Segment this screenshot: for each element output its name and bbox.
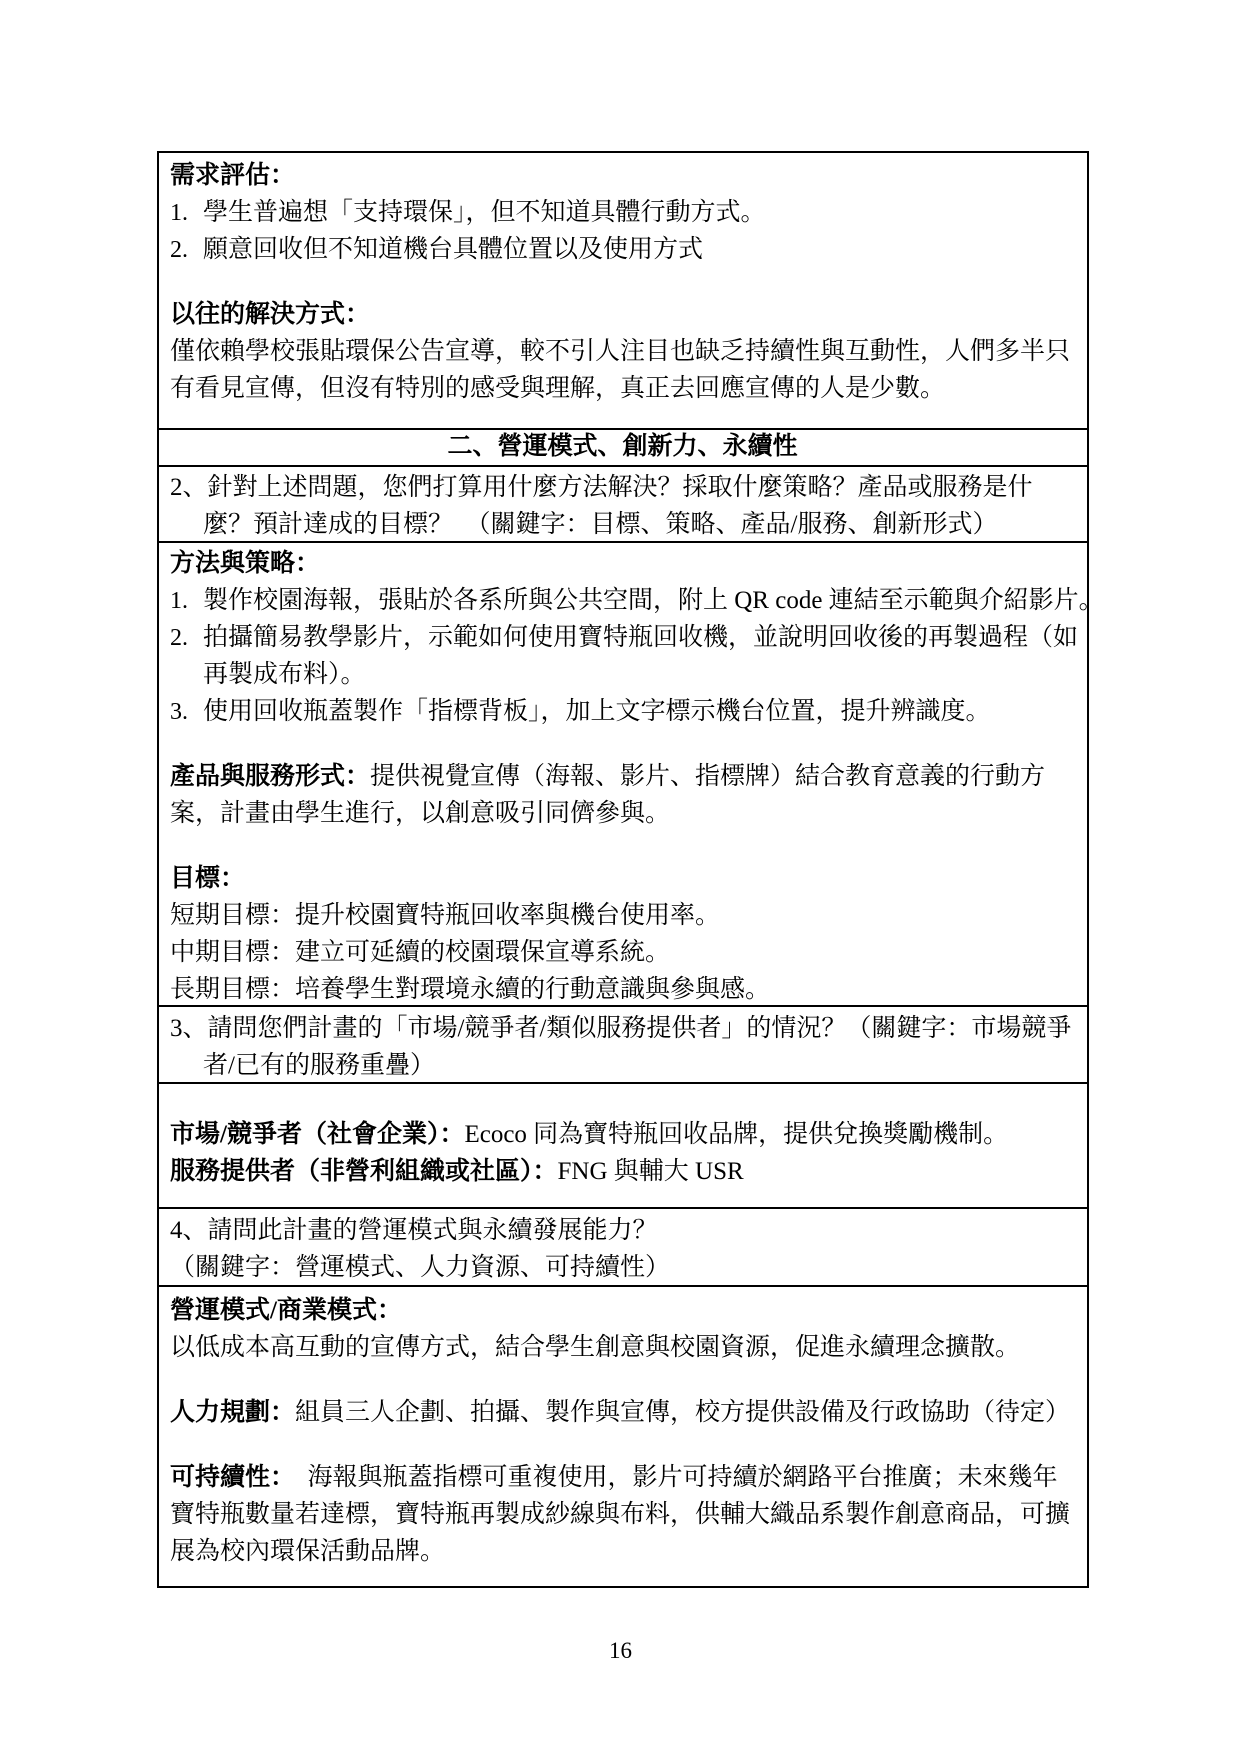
page-number: 16	[0, 1638, 1241, 1664]
text-line: 目標：	[170, 860, 1075, 897]
bold-label: 產品與服務形式：	[170, 763, 370, 790]
row-question-4: 4、請問此計畫的營運模式與永續發展能力？（關鍵字：營運模式、人力資源、可持續性）	[159, 1209, 1087, 1287]
text-line: 需求評估：	[170, 157, 1075, 194]
text-line: 市場/競爭者（社會企業）：Ecoco 同為寶特瓶回收品牌，提供兌換獎勵機制。	[170, 1116, 1075, 1153]
section-title: 二、營運模式、創新力、永續性	[447, 433, 797, 460]
text-line: 短期目標：提升校園寶特瓶回收率與機台使用率。	[170, 897, 1075, 934]
text-run: 以低成本高互動的宣傳方式，結合學生創意與校園資源，促進永續理念擴散。	[170, 1334, 1020, 1361]
text-run: 寶特瓶數量若達標，寶特瓶再製成紗線與布料，供輔大織品系製作創意商品，可擴	[170, 1501, 1070, 1528]
text-run: 有看見宣傳，但沒有特別的感受與理解，真正去回應宣傳的人是少數。	[170, 375, 945, 402]
text-line: 有看見宣傳，但沒有特別的感受與理解，真正去回應宣傳的人是少數。	[170, 370, 1075, 407]
text-line: 4、請問此計畫的營運模式與永續發展能力？	[170, 1212, 1075, 1249]
row-operations-sustainability: 營運模式/商業模式：以低成本高互動的宣傳方式，結合學生創意與校園資源，促進永續理…	[159, 1287, 1087, 1586]
text-line: 僅依賴學校張貼環保公告宣導，較不引人注目也缺乏持續性與互動性，人們多半只	[170, 333, 1075, 370]
list-number: 1.	[170, 195, 203, 232]
bold-label: 方法與策略：	[170, 550, 320, 577]
text-line: 方法與策略：	[170, 545, 1075, 582]
text-run: 2、針對上述問題，您們打算用什麼方法解決？採取什麼策略？產品或服務是什	[170, 474, 1033, 501]
text-line: 案，計畫由學生進行，以創意吸引同儕參與。	[170, 795, 1075, 832]
text-line: 2.願意回收但不知道機台具體位置以及使用方式	[170, 231, 1075, 268]
row-needs-assessment: 需求評估：1.學生普遍想「支持環保」，但不知道具體行動方式。2.願意回收但不知道…	[159, 153, 1087, 430]
text-line: 長期目標：培養學生對環境永續的行動意識與參與感。	[170, 971, 1075, 1007]
text-run: 長期目標：培養學生對環境永續的行動意識與參與感。	[170, 976, 770, 1003]
text-line: 中期目標：建立可延續的校園環保宣導系統。	[170, 934, 1075, 971]
text-run: 使用回收瓶蓋製作「指標背板」，加上文字標示機台位置，提升辨識度。	[203, 698, 991, 725]
text-run: （關鍵字：營運模式、人力資源、可持續性）	[170, 1254, 670, 1281]
text-line: 產品與服務形式：提供視覺宣傳（海報、影片、指標牌）結合教育意義的行動方	[170, 758, 1075, 795]
text-line: 1.學生普遍想「支持環保」，但不知道具體行動方式。	[170, 194, 1075, 231]
text-line: 麼？預計達成的目標？ （關鍵字：目標、策略、產品/服務、創新形式）	[170, 506, 1075, 543]
text-line: （關鍵字：營運模式、人力資源、可持續性）	[170, 1249, 1075, 1286]
text-run: 短期目標：提升校園寶特瓶回收率與機台使用率。	[170, 902, 720, 929]
row-market-competitors: 市場/競爭者（社會企業）：Ecoco 同為寶特瓶回收品牌，提供兌換獎勵機制。服務…	[159, 1084, 1087, 1209]
text-run: 麼？預計達成的目標？ （關鍵字：目標、策略、產品/服務、創新形式）	[203, 511, 997, 538]
list-number: 2.	[170, 232, 203, 269]
text-run: 製作校園海報，張貼於各系所與公共空間，附上 QR code 連結至示範與介紹影片…	[203, 587, 1087, 614]
blank-line	[170, 730, 1075, 758]
text-run: Ecoco 同為寶特瓶回收品牌，提供兌換獎勵機制。	[464, 1121, 1008, 1148]
text-line: 以低成本高互動的宣傳方式，結合學生創意與校園資源，促進永續理念擴散。	[170, 1329, 1075, 1366]
text-line: 3、請問您們計畫的「市場/競爭者/類似服務提供者」的情況？（關鍵字：市場競爭	[170, 1010, 1075, 1047]
text-run: 中期目標：建立可延續的校園環保宣導系統。	[170, 939, 670, 966]
row-question-3: 3、請問您們計畫的「市場/競爭者/類似服務提供者」的情況？（關鍵字：市場競爭者/…	[159, 1007, 1087, 1084]
text-line: 1.製作校園海報，張貼於各系所與公共空間，附上 QR code 連結至示範與介紹…	[170, 582, 1075, 619]
form-table: 需求評估：1.學生普遍想「支持環保」，但不知道具體行動方式。2.願意回收但不知道…	[157, 151, 1089, 1588]
bold-label: 以往的解決方式：	[170, 301, 370, 328]
blank-line	[170, 1431, 1075, 1459]
text-line: 2.拍攝簡易教學影片，示範如何使用寶特瓶回收機，並說明回收後的再製過程（如	[170, 619, 1075, 656]
row-section-header: 二、營運模式、創新力、永續性	[159, 430, 1087, 467]
text-line: 人力規劃：組員三人企劃、拍攝、製作與宣傳，校方提供設備及行政協助（待定）	[170, 1394, 1075, 1431]
bold-label: 市場/競爭者（社會企業）：	[170, 1121, 464, 1148]
blank-line	[170, 268, 1075, 296]
document-page: { "page": { "number": "16", "background"…	[0, 0, 1241, 1755]
text-run: 僅依賴學校張貼環保公告宣導，較不引人注目也缺乏持續性與互動性，人們多半只	[170, 338, 1070, 365]
bold-label: 服務提供者（非營利組織或社區）：	[170, 1158, 558, 1185]
bold-label: 可持續性：	[170, 1464, 283, 1491]
blank-line	[170, 832, 1075, 860]
text-run: 願意回收但不知道機台具體位置以及使用方式	[203, 236, 703, 263]
list-number: 3.	[170, 694, 203, 731]
row-methods-goals: 方法與策略：1.製作校園海報，張貼於各系所與公共空間，附上 QR code 連結…	[159, 543, 1087, 1007]
bold-label: 目標：	[170, 865, 245, 892]
bold-label: 人力規劃：	[170, 1399, 295, 1426]
text-line: 者/已有的服務重疊）	[170, 1047, 1075, 1084]
text-line: 3.使用回收瓶蓋製作「指標背板」，加上文字標示機台位置，提升辨識度。	[170, 693, 1075, 730]
text-run: 展為校內環保活動品牌。	[170, 1538, 445, 1565]
text-line: 營運模式/商業模式：	[170, 1292, 1075, 1329]
bold-label: 需求評估：	[170, 162, 295, 189]
text-line: 可持續性： 海報與瓶蓋指標可重複使用，影片可持續於網路平台推廣；未來幾年	[170, 1459, 1075, 1496]
text-run: 再製成布料）。	[203, 661, 366, 688]
text-run: FNG 與輔大 USR	[558, 1158, 744, 1185]
text-line: 再製成布料）。	[170, 656, 1075, 693]
text-line: 以往的解決方式：	[170, 296, 1075, 333]
text-run: 學生普遍想「支持環保」，但不知道具體行動方式。	[203, 199, 766, 226]
text-run: 組員三人企劃、拍攝、製作與宣傳，校方提供設備及行政協助（待定）	[295, 1399, 1070, 1426]
text-line: 展為校內環保活動品牌。	[170, 1533, 1075, 1570]
text-line: 寶特瓶數量若達標，寶特瓶再製成紗線與布料，供輔大織品系製作創意商品，可擴	[170, 1496, 1075, 1533]
text-run: 拍攝簡易教學影片，示範如何使用寶特瓶回收機，並說明回收後的再製過程（如	[203, 624, 1078, 651]
list-number: 1.	[170, 583, 203, 620]
blank-line	[170, 1366, 1075, 1394]
text-run: 海報與瓶蓋指標可重複使用，影片可持續於網路平台推廣；未來幾年	[283, 1464, 1058, 1491]
text-run: 提供視覺宣傳（海報、影片、指標牌）結合教育意義的行動方	[370, 763, 1045, 790]
text-run: 3、請問您們計畫的「市場/競爭者/類似服務提供者」的情況？（關鍵字：市場競爭	[170, 1015, 1071, 1042]
text-run: 4、請問此計畫的營運模式與永續發展能力？	[170, 1217, 658, 1244]
list-number: 2.	[170, 620, 203, 657]
row-question-2: 2、針對上述問題，您們打算用什麼方法解決？採取什麼策略？產品或服務是什麼？預計達…	[159, 467, 1087, 543]
text-run: 案，計畫由學生進行，以創意吸引同儕參與。	[170, 800, 670, 827]
text-line: 2、針對上述問題，您們打算用什麼方法解決？採取什麼策略？產品或服務是什	[170, 469, 1075, 506]
text-run: 者/已有的服務重疊）	[203, 1052, 435, 1079]
bold-label: 營運模式/商業模式：	[170, 1297, 402, 1324]
text-line: 服務提供者（非營利組織或社區）：FNG 與輔大 USR	[170, 1153, 1075, 1190]
blank-line	[170, 1088, 1075, 1116]
